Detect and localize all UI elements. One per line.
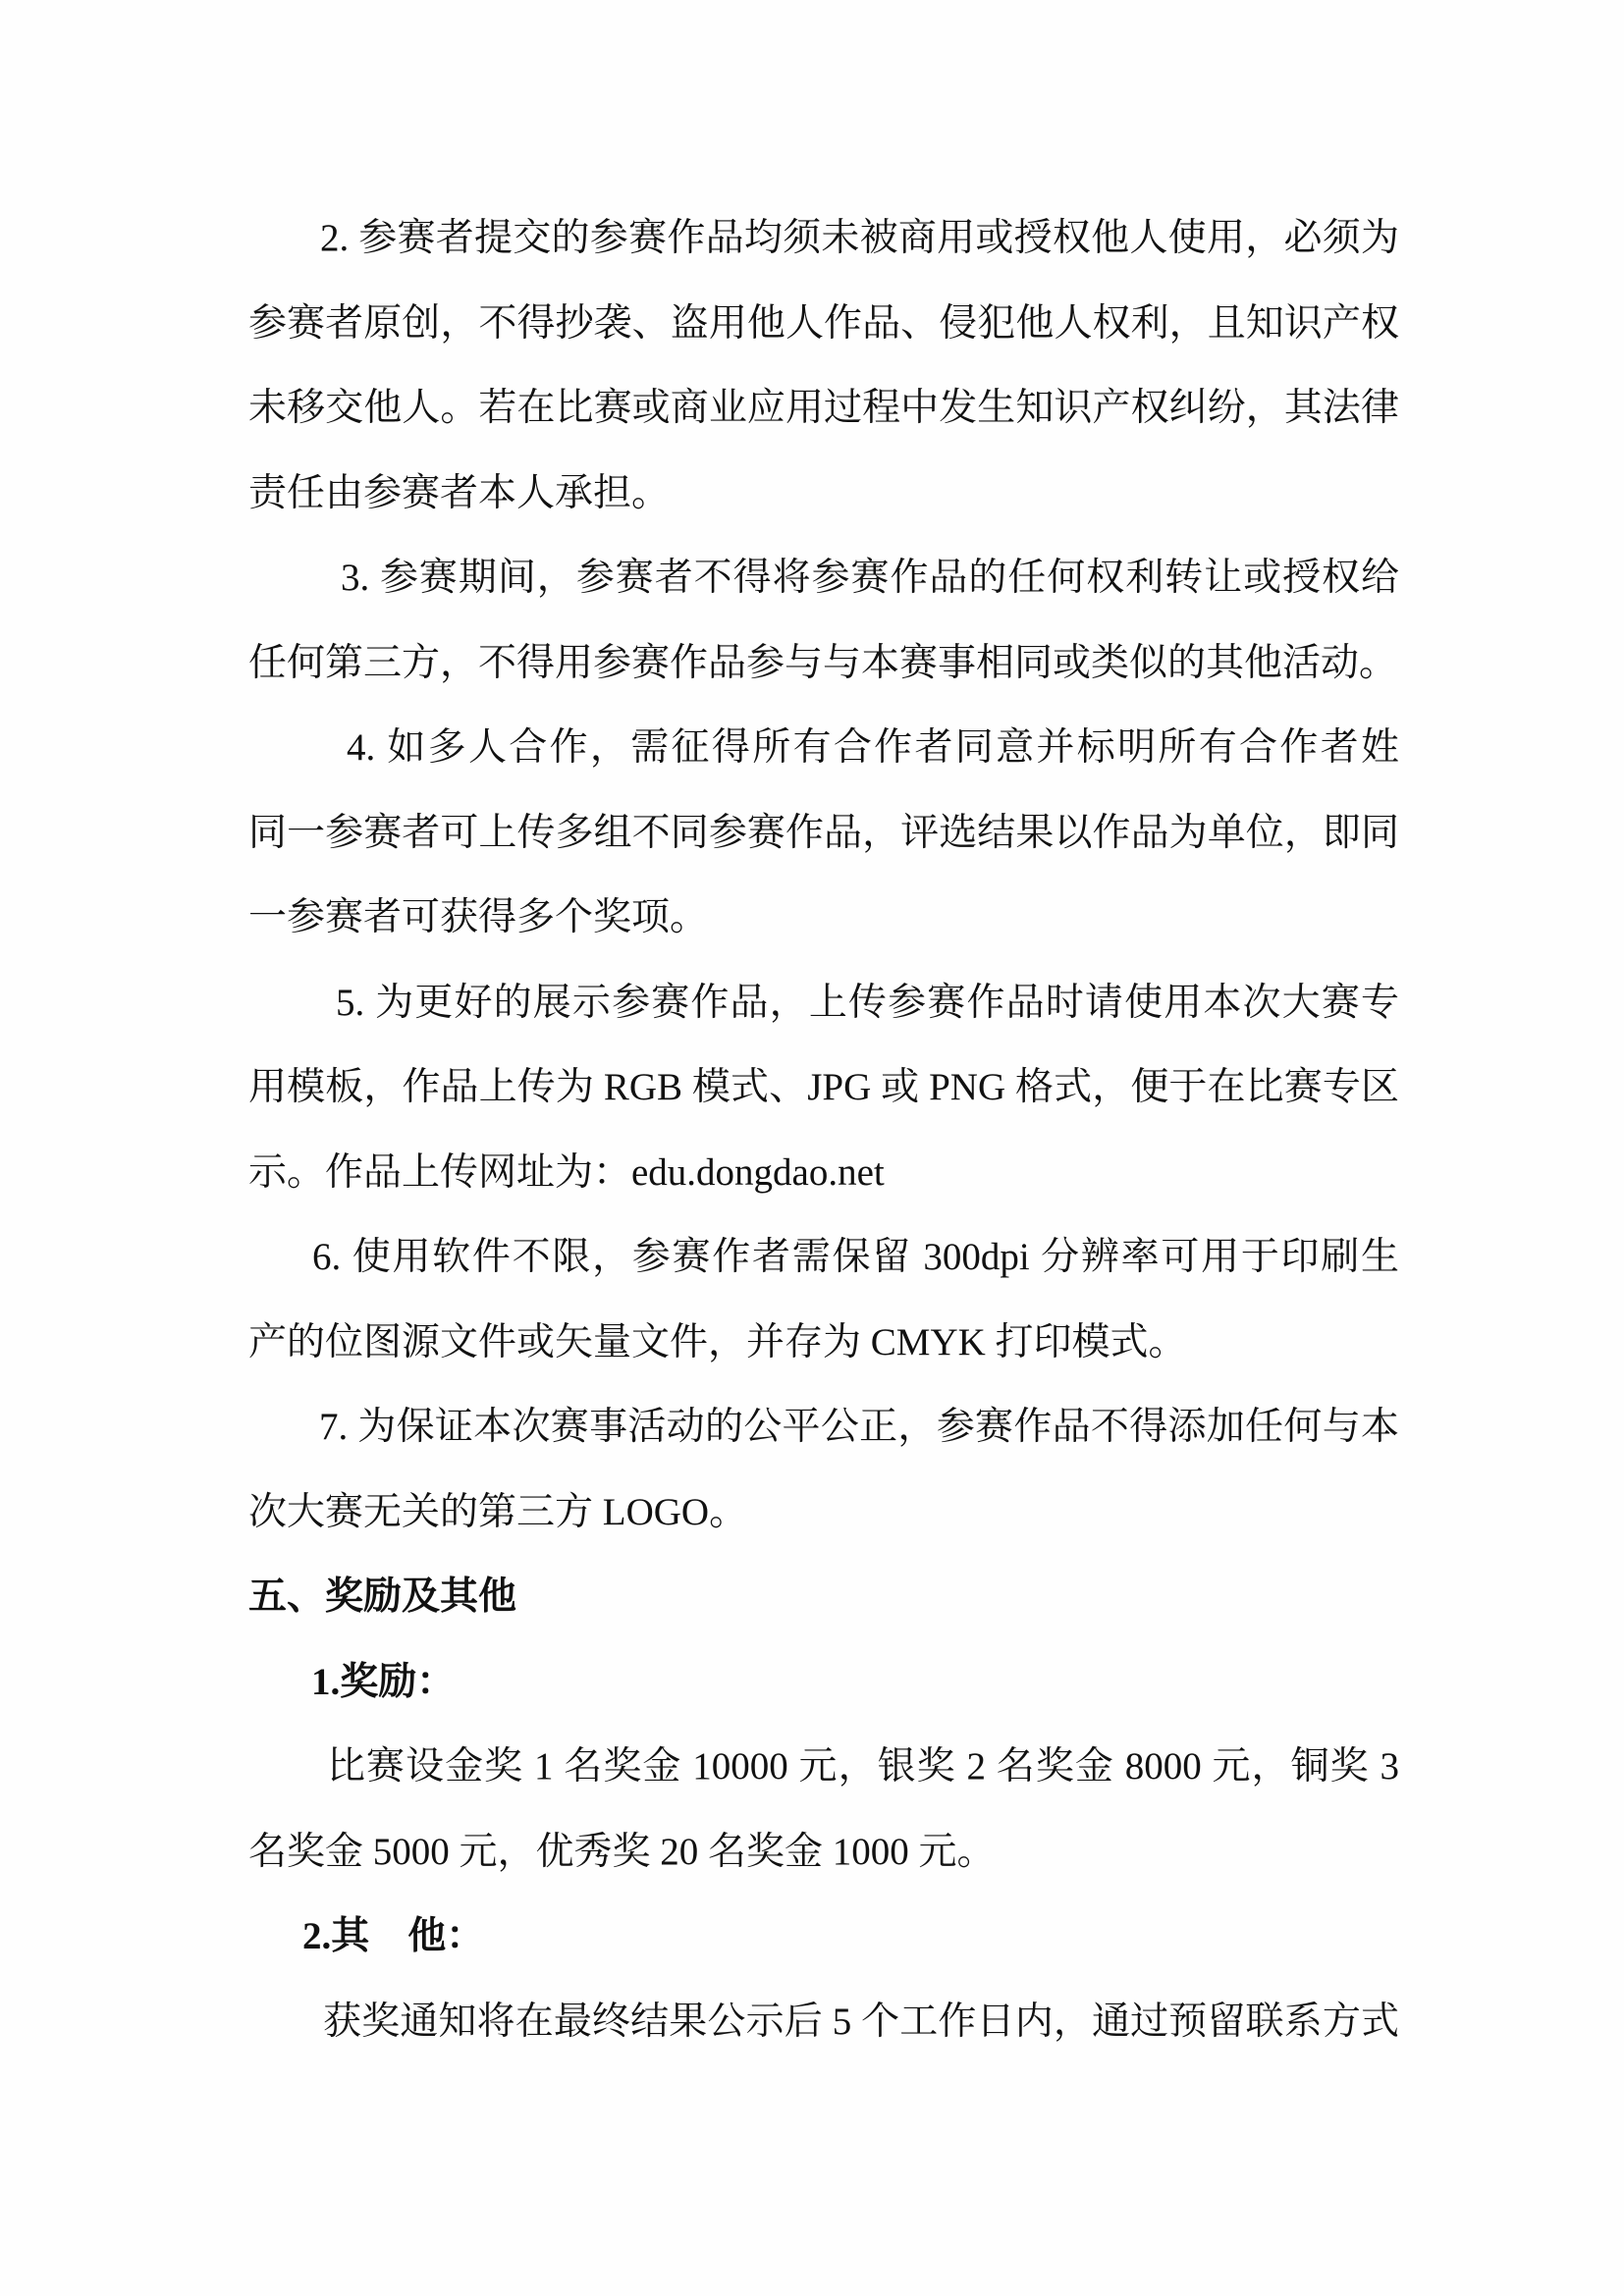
text-line: 一参赛者可获得多个奖项。 <box>248 876 1399 961</box>
paragraph-rule-3: 3. 参赛期间，参赛者不得将参赛作品的任何权利转让或授权给任何第三方，不得用参赛… <box>248 536 1399 706</box>
text-line: 1.奖励： <box>248 1640 1399 1726</box>
text-line: 2.其 他： <box>248 1895 1399 1980</box>
paragraph-rule-7: 7. 为保证本次赛事活动的公平公正，参赛作品不得添加任何与本次大赛无关的第三方 … <box>248 1385 1399 1555</box>
text-line: 获奖通知将在最终结果公示后 5 个工作日内，通过预留联系方式 <box>248 1980 1399 2065</box>
text-line: 5. 为更好的展示参赛作品，上传参赛作品时请使用本次大赛专 <box>248 961 1399 1046</box>
text-line: 五、奖励及其他 <box>248 1555 1399 1640</box>
text-line: 名奖金 5000 元，优秀奖 20 名奖金 1000 元。 <box>248 1810 1399 1896</box>
text-line: 比赛设金奖 1 名奖金 10000 元，银奖 2 名奖金 8000 元，铜奖 3 <box>248 1725 1399 1810</box>
text-line: 用模板，作品上传为 RGB 模式、JPG 或 PNG 格式，便于在比赛专区展 <box>248 1045 1399 1131</box>
paragraph-awards-body: 比赛设金奖 1 名奖金 10000 元，银奖 2 名奖金 8000 元，铜奖 3… <box>248 1725 1399 1895</box>
paragraph-section-5-heading: 五、奖励及其他 <box>248 1555 1399 1640</box>
text-line: 责任由参赛者本人承担。 <box>248 452 1399 537</box>
paragraph-other-body: 获奖通知将在最终结果公示后 5 个工作日内，通过预留联系方式 <box>248 1980 1399 2065</box>
document-page: 2. 参赛者提交的参赛作品均须未被商用或授权他人使用，必须为参赛者原创，不得抄袭… <box>0 0 1624 2296</box>
text-line: 示。作品上传网址为：edu.dongdao.net <box>248 1131 1399 1216</box>
paragraph-rule-5: 5. 为更好的展示参赛作品，上传参赛作品时请使用本次大赛专用模板，作品上传为 R… <box>248 961 1399 1216</box>
document-body: 2. 参赛者提交的参赛作品均须未被商用或授权他人使用，必须为参赛者原创，不得抄袭… <box>248 196 1399 2064</box>
text-line: 6. 使用软件不限，参赛作者需保留 300dpi 分辨率可用于印刷生 <box>248 1215 1399 1301</box>
paragraph-rule-4: 4. 如多人合作，需征得所有合作者同意并标明所有合作者姓名；同一参赛者可上传多组… <box>248 706 1399 961</box>
text-line: 任何第三方，不得用参赛作品参与与本赛事相同或类似的其他活动。 <box>248 621 1399 707</box>
text-line: 7. 为保证本次赛事活动的公平公正，参赛作品不得添加任何与本 <box>248 1385 1399 1470</box>
text-line: 4. 如多人合作，需征得所有合作者同意并标明所有合作者姓名； <box>248 706 1399 791</box>
paragraph-awards-subheading: 1.奖励： <box>248 1640 1399 1726</box>
text-line: 3. 参赛期间，参赛者不得将参赛作品的任何权利转让或授权给 <box>248 536 1399 621</box>
text-line: 次大赛无关的第三方 LOGO。 <box>248 1470 1399 1556</box>
paragraph-other-subheading: 2.其 他： <box>248 1895 1399 1980</box>
paragraph-rule-6: 6. 使用软件不限，参赛作者需保留 300dpi 分辨率可用于印刷生产的位图源文… <box>248 1215 1399 1385</box>
paragraph-rule-2: 2. 参赛者提交的参赛作品均须未被商用或授权他人使用，必须为参赛者原创，不得抄袭… <box>248 196 1399 536</box>
text-line: 产的位图源文件或矢量文件，并存为 CMYK 打印模式。 <box>248 1301 1399 1386</box>
text-line: 参赛者原创，不得抄袭、盗用他人作品、侵犯他人权利，且知识产权 <box>248 282 1399 367</box>
text-line: 2. 参赛者提交的参赛作品均须未被商用或授权他人使用，必须为 <box>248 196 1399 282</box>
text-line: 同一参赛者可上传多组不同参赛作品，评选结果以作品为单位，即同 <box>248 791 1399 877</box>
text-line: 未移交他人。若在比赛或商业应用过程中发生知识产权纠纷，其法律 <box>248 366 1399 452</box>
